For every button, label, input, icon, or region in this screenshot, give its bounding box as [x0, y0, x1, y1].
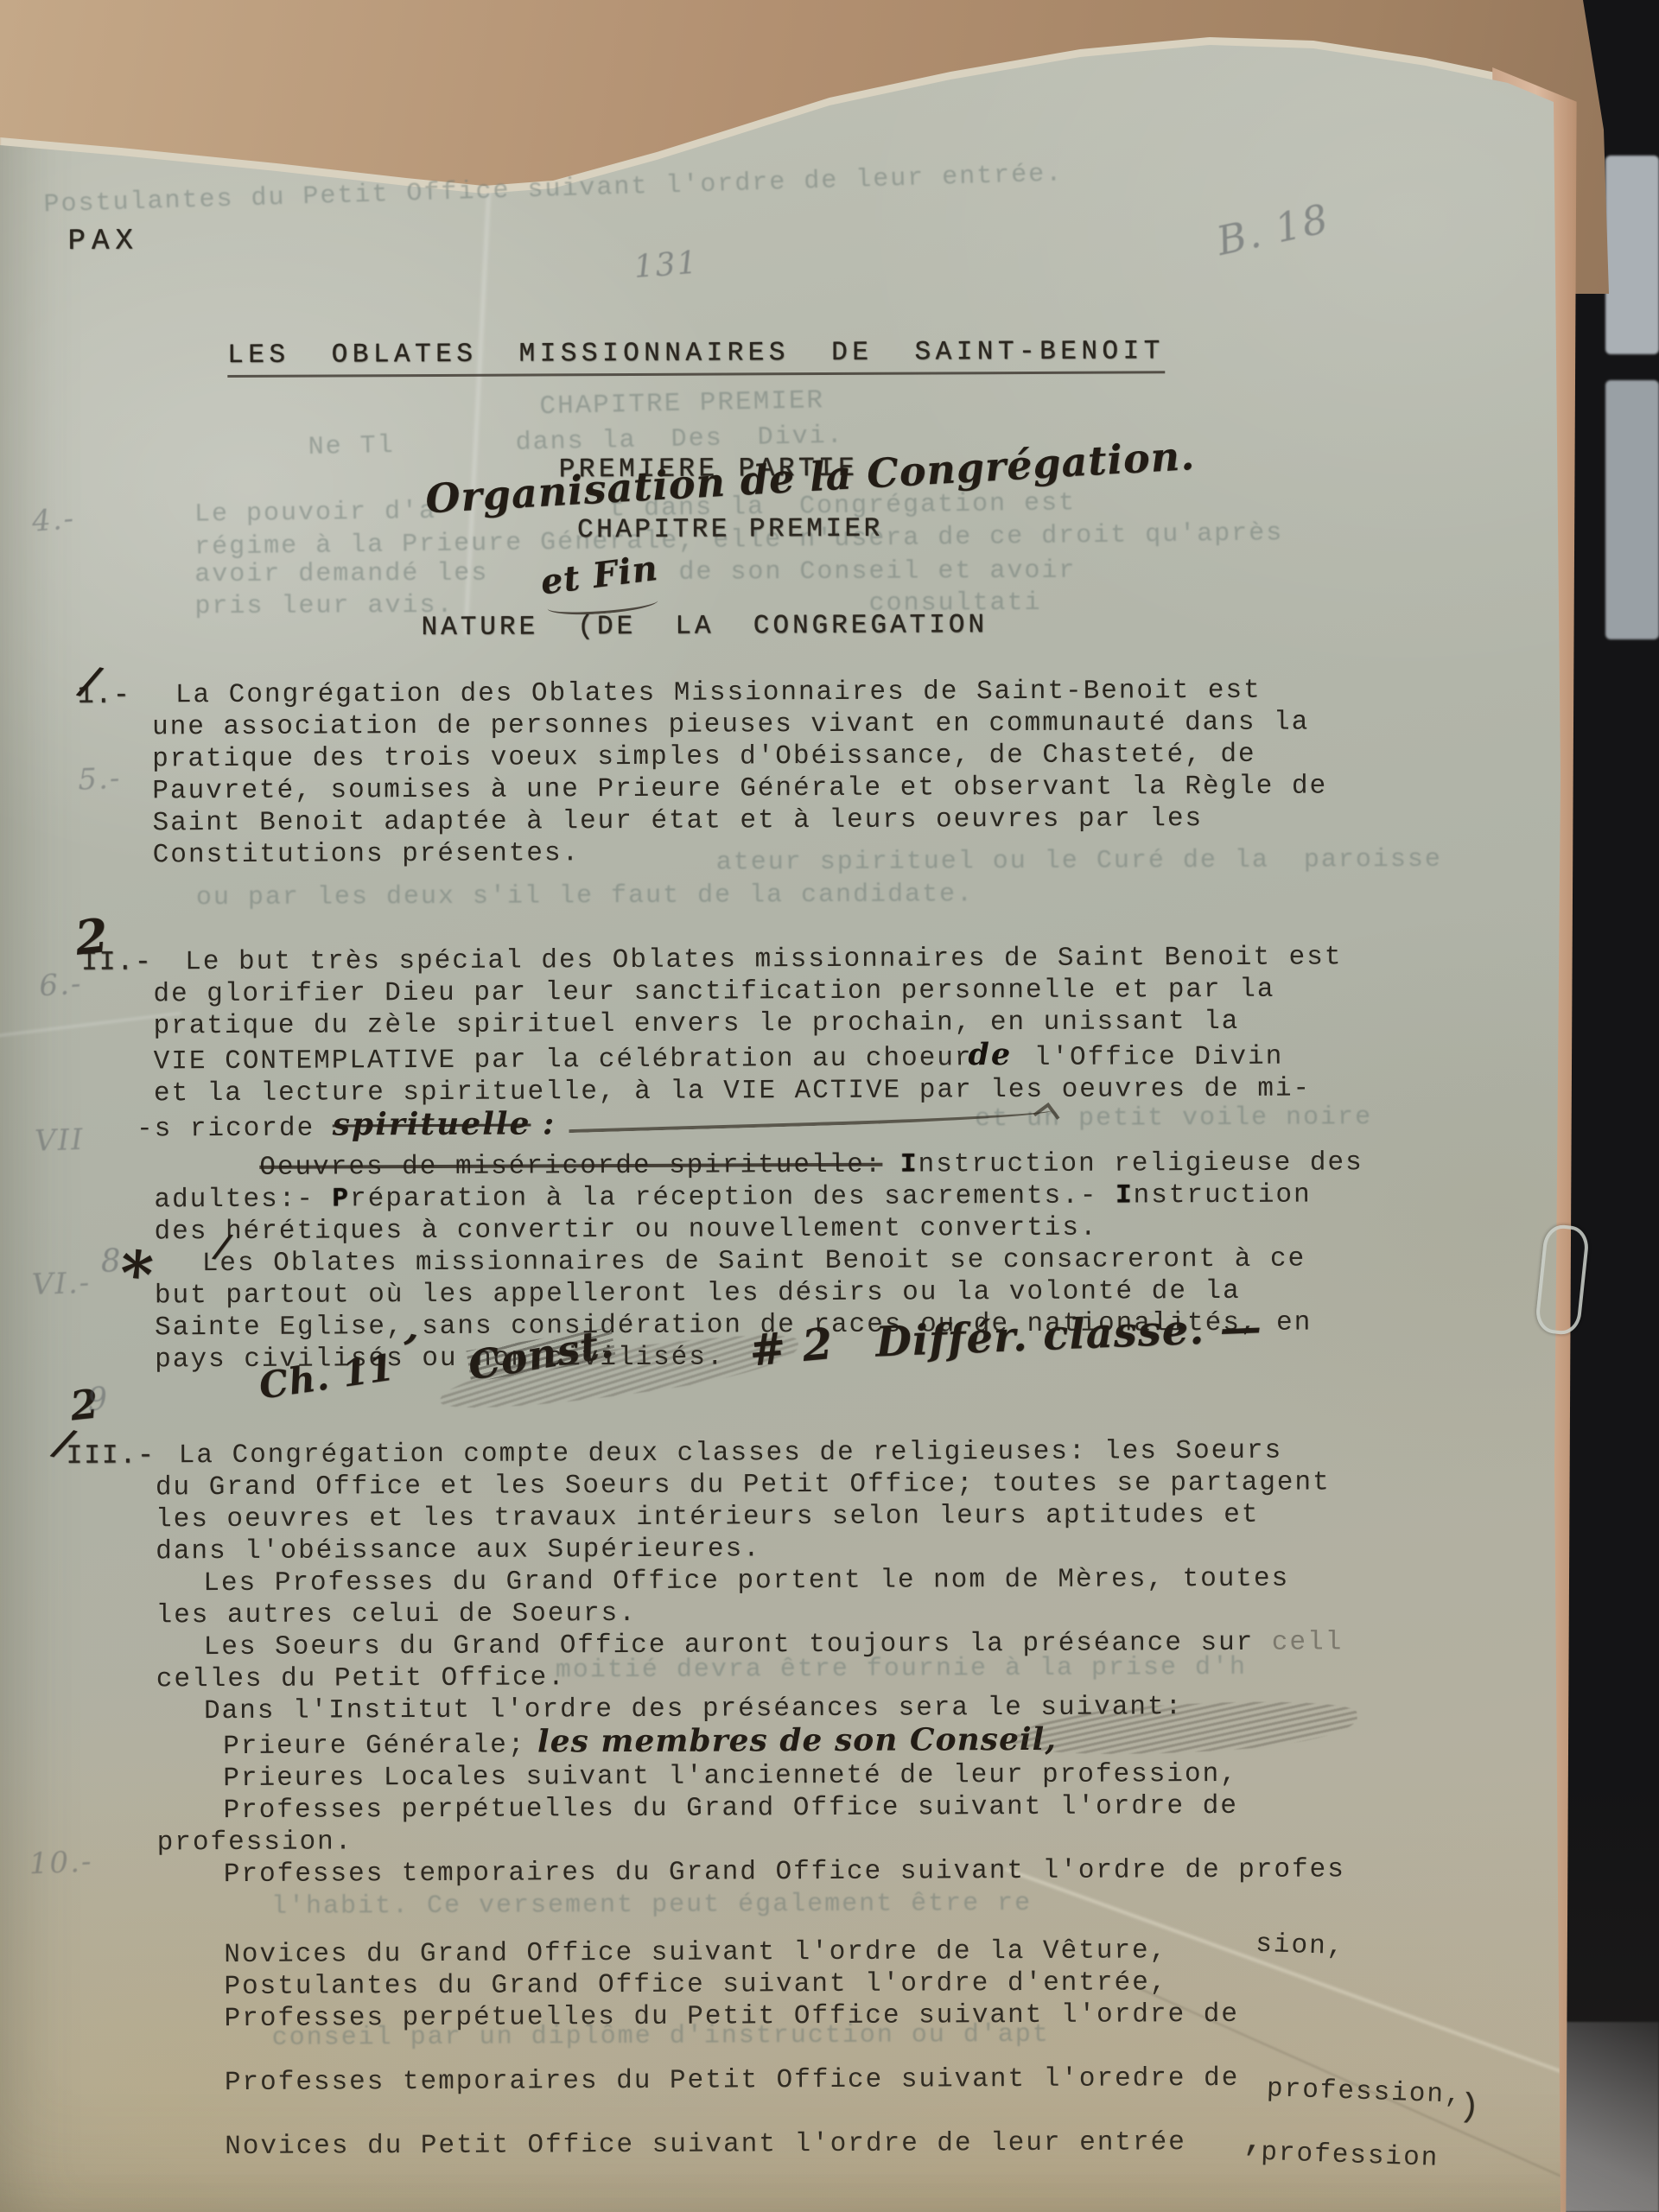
segment-hand: les membres de son Conseil, [525, 1721, 1057, 1760]
text-segment: Constitutions présentes. [153, 838, 581, 870]
text-segment: Professes temporaires du Grand Office su… [224, 1854, 1345, 1890]
typed-line: Les Oblates missionnaires de Saint Benoi… [155, 1243, 1364, 1280]
typed-line: pratique des trois voeux simples d'Obéis… [152, 738, 1327, 775]
text-segment: Prieures Locales suivant l'ancienneté de… [223, 1759, 1238, 1794]
text-segment: but partout où les appelleront les désir… [155, 1276, 1241, 1311]
text-segment: profession [1261, 2138, 1440, 2174]
segment-bold: P [332, 1184, 350, 1214]
ghost-line-9: ou par les deux s'il le faut de la candi… [196, 879, 974, 914]
text-segment: celles du Petit Office. [156, 1662, 566, 1694]
paragraph-p1: 1.-La Congrégation des Oblates Missionna… [152, 674, 1328, 871]
margin-number-7: VII [34, 1124, 85, 1158]
text-segment: Postulantes du Grand Office suivant l'or… [224, 1967, 1167, 2002]
segment-hand-bold: de [968, 1037, 1012, 1072]
margin-number-6: 6.- [38, 968, 83, 1002]
ghost-line-2: CHAPITRE PREMIER [539, 385, 824, 423]
text-segment: de glorifier Dieu par leur sanctificatio… [153, 975, 1274, 1010]
handwritten-differ-classe: Différ. classe. — [875, 1312, 1263, 1359]
segment-hand-st: spirituelle [333, 1106, 531, 1143]
segment-bold: I [900, 1150, 918, 1180]
text-segment: des hérétiques à convertir ou nouvelleme… [155, 1213, 1098, 1248]
text-segment: Les Professes du Grand Office portent le… [203, 1564, 1289, 1599]
segment-faint: cell [1272, 1627, 1344, 1657]
typed-line: et la lecture spirituelle, à la VIE ACTI… [154, 1072, 1363, 1109]
text-segment: profession, [1266, 2074, 1463, 2111]
text-segment: sion, [1255, 1929, 1345, 1962]
pencil-note: B. 18 [1214, 202, 1332, 257]
text-segment: les autres celui de Soeurs. [156, 1599, 636, 1630]
paragraph-number: III.- [67, 1440, 156, 1471]
pen-star-mark: * [118, 1256, 155, 1292]
text-segment: La Congrégation des Oblates Missionnaire… [175, 676, 1262, 710]
text-segment: l'Office Divin [1016, 1042, 1283, 1073]
text-segment: nstruction [1134, 1180, 1312, 1211]
margin-number-10: 10.- [29, 1846, 93, 1880]
text-segment: VIE CONTEMPLATIVE par la célébration au … [154, 1043, 973, 1077]
hand-overwrite-num2: 2 [73, 919, 110, 955]
typed-line: Professes perpétuelles du Petit Office s… [158, 1998, 1464, 2036]
typed-line: Les Professes du Grand Office portent le… [156, 1562, 1461, 1600]
typed-line: VIE CONTEMPLATIVE par la célébration au … [154, 1037, 1363, 1077]
handwritten-number-ref: # 2 [748, 1327, 835, 1367]
nature-heading: NATURE (DE LA CONGREGATION [421, 609, 988, 644]
text-segment: Pauvreté, soumises à une Prieure Général… [152, 771, 1327, 806]
margin-number-8: 8 [100, 1245, 123, 1278]
text-segment: Professes perpétuelles du Grand Office s… [223, 1791, 1238, 1826]
chapter-heading: CHAPITRE PREMIER [577, 513, 883, 547]
text-segment: profession. [157, 1827, 353, 1858]
margin-number-5: 5.- [78, 763, 122, 797]
text-segment: dans l'obéissance aux Supérieures. [156, 1534, 761, 1567]
page-content: Postulantes du Petit Office suivant l'or… [0, 0, 1659, 2212]
segment-hand: : [531, 1105, 555, 1141]
typed-stray-comma: , [1243, 2125, 1266, 2158]
typed-line: Les Soeurs du Grand Office auront toujou… [156, 1626, 1462, 1664]
pax-label: PAX [68, 226, 139, 257]
margin-number-9: 9 [86, 1383, 111, 1417]
text-segment: La Congrégation compte deux classes de r… [179, 1436, 1283, 1471]
typed-line: Pauvreté, soumises à une Prieure Général… [152, 770, 1327, 807]
typed-line: Oeuvres de miséricorde spirituelle: Inst… [154, 1147, 1363, 1184]
segment-bold: I [1116, 1180, 1134, 1211]
text-segment: réparation à la réception des sacrements… [350, 1181, 1116, 1215]
typed-line: de glorifier Dieu par leur sanctificatio… [153, 973, 1363, 1010]
typed-line: Le but très spécial des Oblates missionn… [153, 941, 1363, 978]
text-segment: Saint Benoit adaptée à leur état et à le… [152, 804, 1203, 838]
typed-line: La Congrégation des Oblates Missionnaire… [152, 674, 1327, 711]
pencil-number-131: 131 [632, 247, 699, 283]
paragraph-p3: III.-La Congrégation compte deux classes… [156, 1434, 1464, 2164]
segment-st-pen: Oeuvres de miséricorde spirituelle: [259, 1150, 882, 1183]
typed-line: du Grand Office et les Soeurs du Petit O… [156, 1466, 1461, 1504]
typed-line: pratique du zèle spirituel envers le pro… [154, 1005, 1363, 1042]
typed-line: une association de personnes pieuses viv… [152, 706, 1327, 743]
text-segment: Professes perpétuelles du Petit Office s… [225, 1999, 1240, 2034]
text-segment: Le but très spécial des Oblates missionn… [185, 942, 1342, 977]
text-segment: Les Oblates missionnaires de Saint Benoi… [202, 1244, 1306, 1280]
ghost-line-1: Postulantes du Petit Office suivant l'or… [43, 158, 1064, 221]
text-segment: Les Soeurs du Grand Office auront toujou… [204, 1628, 1272, 1662]
typed-close-paren: ) [1459, 2091, 1482, 2125]
text-segment: adultes:- [154, 1185, 332, 1216]
text-segment: du Grand Office et les Soeurs du Petit O… [156, 1467, 1331, 1503]
typed-line: Constitutions présentes. [153, 834, 1328, 871]
typed-line: -s ricorde spirituelle : [154, 1104, 1363, 1145]
text-segment: pratique des trois voeux simples d'Obéis… [152, 740, 1256, 775]
text-segment: les oeuvres et les travaux intérieurs se… [156, 1500, 1260, 1535]
margin-number-vi: VI.- [31, 1268, 92, 1302]
text-segment: nstruction religieuse des [918, 1147, 1363, 1179]
margin-number-4: 4.- [31, 503, 77, 538]
typed-line: Professes temporaires du Grand Office su… [157, 1853, 1463, 1891]
text-segment [882, 1150, 900, 1180]
typed-line: Saint Benoit adaptée à leur état et à le… [152, 802, 1327, 839]
text-segment: une association de personnes pieuses viv… [152, 708, 1309, 743]
text-segment: et la lecture spirituelle, à la VIE ACTI… [154, 1074, 1311, 1109]
typed-line: profession [157, 2099, 1463, 2175]
text-segment: -s ricorde [137, 1114, 333, 1145]
typed-line: adultes:- Préparation à la réception des… [154, 1179, 1363, 1216]
text-segment: pratique du zèle spirituel envers le pro… [154, 1007, 1240, 1041]
typed-line: profession, [157, 2035, 1463, 2111]
typed-line: des hérétiques à convertir ou nouvelleme… [155, 1211, 1364, 1248]
text-segment: Prieure Générale; [223, 1731, 525, 1763]
document-title: LES OBLATES MISSIONNAIRES DE SAINT-BENOI… [227, 335, 1165, 378]
photo-scene: Postulantes du Petit Office suivant l'or… [0, 0, 1659, 2212]
